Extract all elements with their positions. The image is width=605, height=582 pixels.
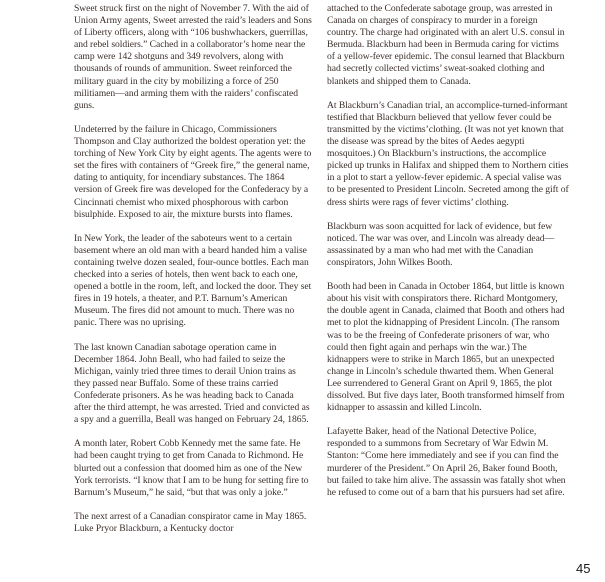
paragraph-blackburn-arrest: attached to the Confederate sabotage gro…	[327, 3, 569, 88]
paragraph-kennedy: A month later, Robert Cobb Kennedy met t…	[74, 438, 312, 498]
left-column: Sweet struck first on the night of Novem…	[74, 3, 312, 547]
page-number: 45	[576, 561, 590, 576]
right-column: attached to the Confederate sabotage gro…	[327, 3, 569, 511]
paragraph-sweet-strikes: Sweet struck first on the night of Novem…	[74, 3, 312, 112]
paragraph-booth-canada: Booth had been in Canada in October 1864…	[327, 281, 569, 414]
paragraph-lafayette-baker: Lafayette Baker, head of the National De…	[327, 426, 569, 499]
paragraph-blackburn-intro: The next arrest of a Canadian conspirato…	[74, 511, 312, 535]
paragraph-new-york-fires: In New York, the leader of the saboteurs…	[74, 233, 312, 330]
paragraph-blackburn-trial: At Blackburn’s Canadian trial, an accomp…	[327, 100, 569, 209]
paragraph-new-york-plan: Undeterred by the failure in Chicago, Co…	[74, 124, 312, 221]
paragraph-beall: The last known Canadian sabotage operati…	[74, 342, 312, 427]
paragraph-blackburn-acquitted: Blackburn was soon acquitted for lack of…	[327, 221, 569, 269]
